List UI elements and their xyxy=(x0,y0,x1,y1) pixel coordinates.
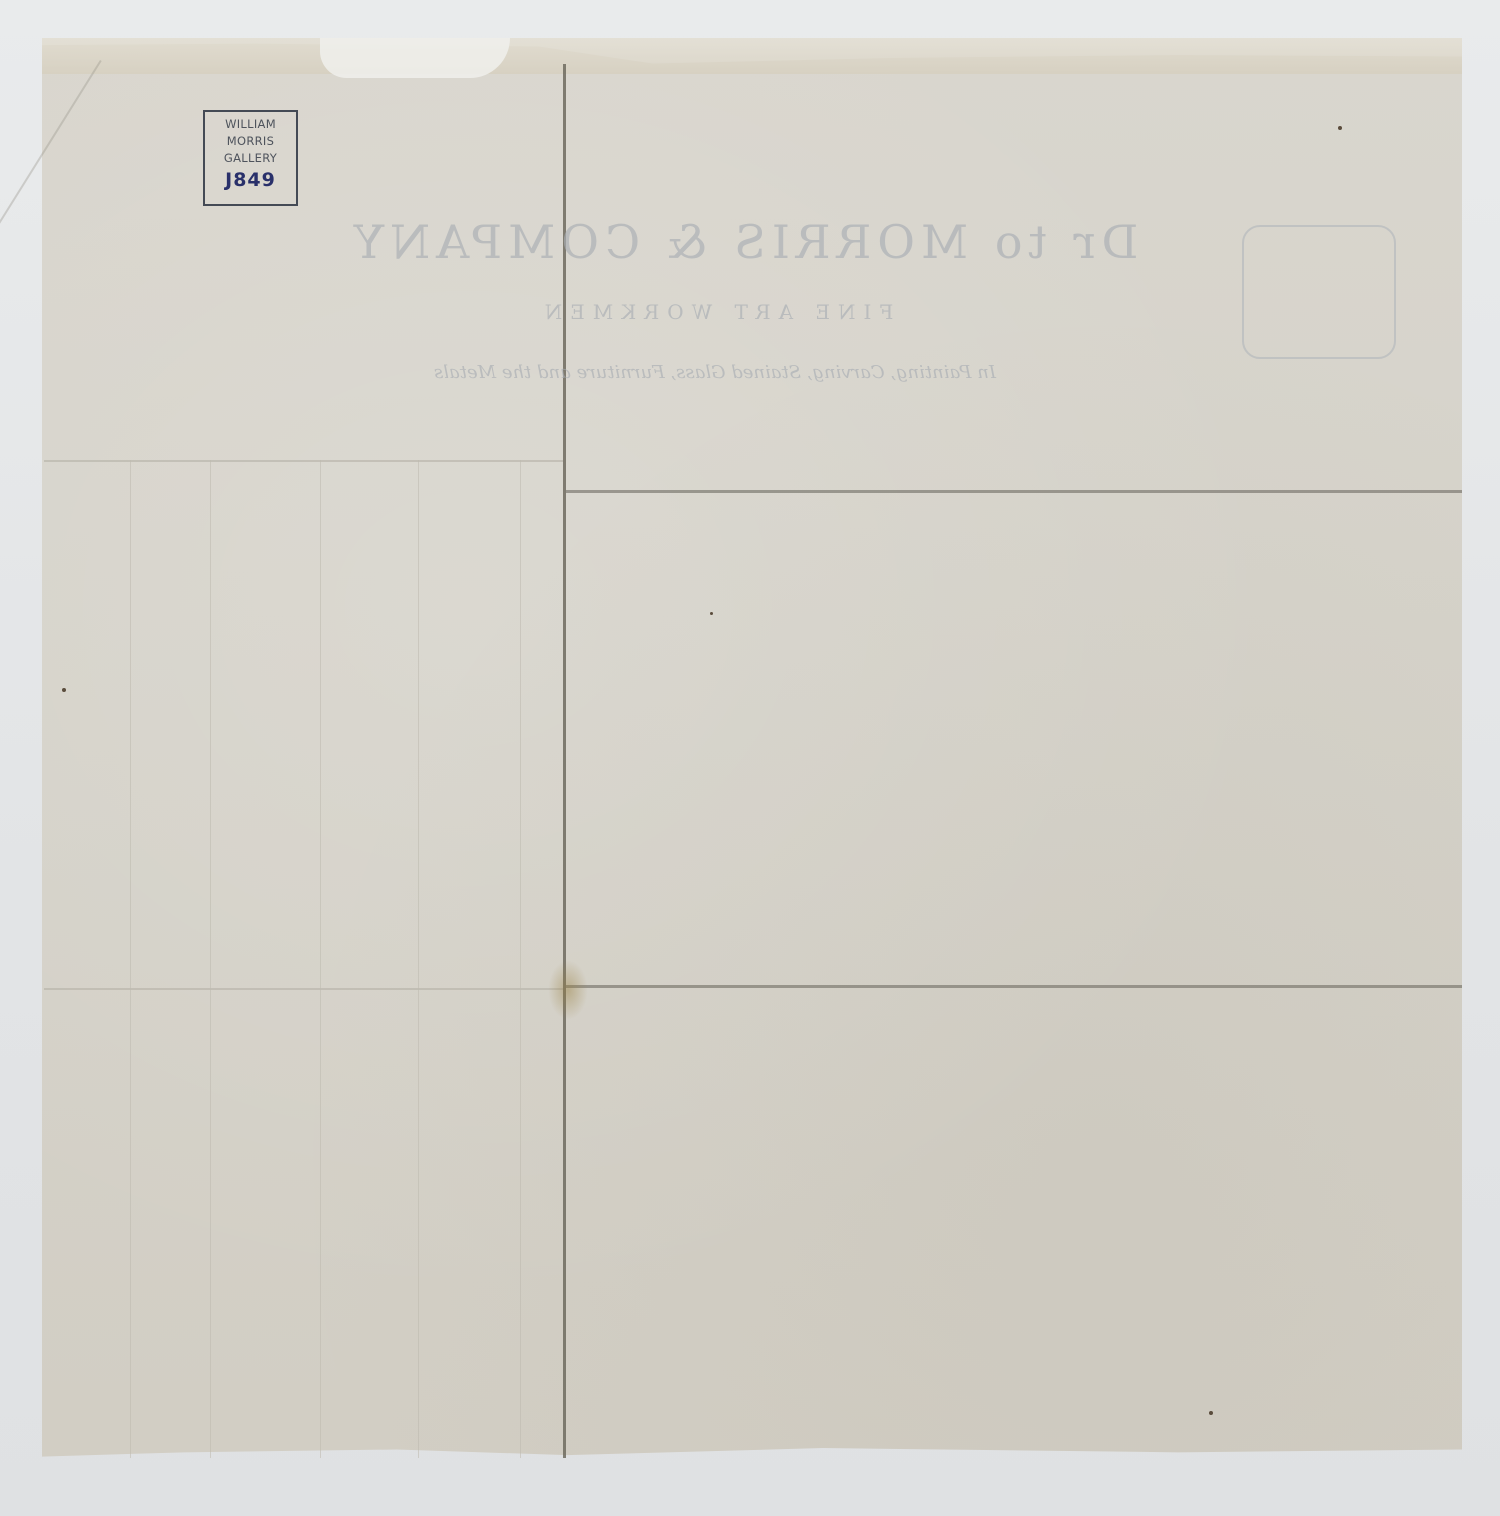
stamp-line: GALLERY xyxy=(205,150,296,167)
stamp-line: WILLIAM xyxy=(205,116,296,133)
column-rule xyxy=(210,460,211,1458)
column-rule xyxy=(320,460,321,1458)
speck xyxy=(710,612,713,615)
speck xyxy=(1338,126,1342,130)
speck xyxy=(1209,1411,1213,1415)
show-through-subtitle: FINE ART WORKMEN xyxy=(480,300,950,324)
horizontal-fold-line xyxy=(566,985,1462,988)
vertical-fold-line xyxy=(563,64,566,1458)
column-rule xyxy=(418,460,419,1458)
column-rule xyxy=(520,460,521,1458)
show-through-title: Dr to MORRIS & COMPANY xyxy=(318,215,1168,269)
ruled-line xyxy=(44,988,563,990)
stain-mark xyxy=(548,960,588,1020)
column-rule xyxy=(130,460,131,1458)
show-through-tagline: In Painting, Carving, Stained Glass, Fur… xyxy=(345,362,1085,383)
collection-stamp: WILLIAM MORRIS GALLERY J849 xyxy=(203,110,298,206)
horizontal-fold-line xyxy=(566,490,1462,493)
stamp-line: MORRIS xyxy=(205,133,296,150)
speck xyxy=(62,688,66,692)
tape-patch xyxy=(320,38,510,78)
show-through-revenue-stamp xyxy=(1242,225,1396,359)
conservation-tape xyxy=(42,38,1462,74)
accession-number: J849 xyxy=(205,169,296,191)
ruled-line xyxy=(44,460,563,462)
